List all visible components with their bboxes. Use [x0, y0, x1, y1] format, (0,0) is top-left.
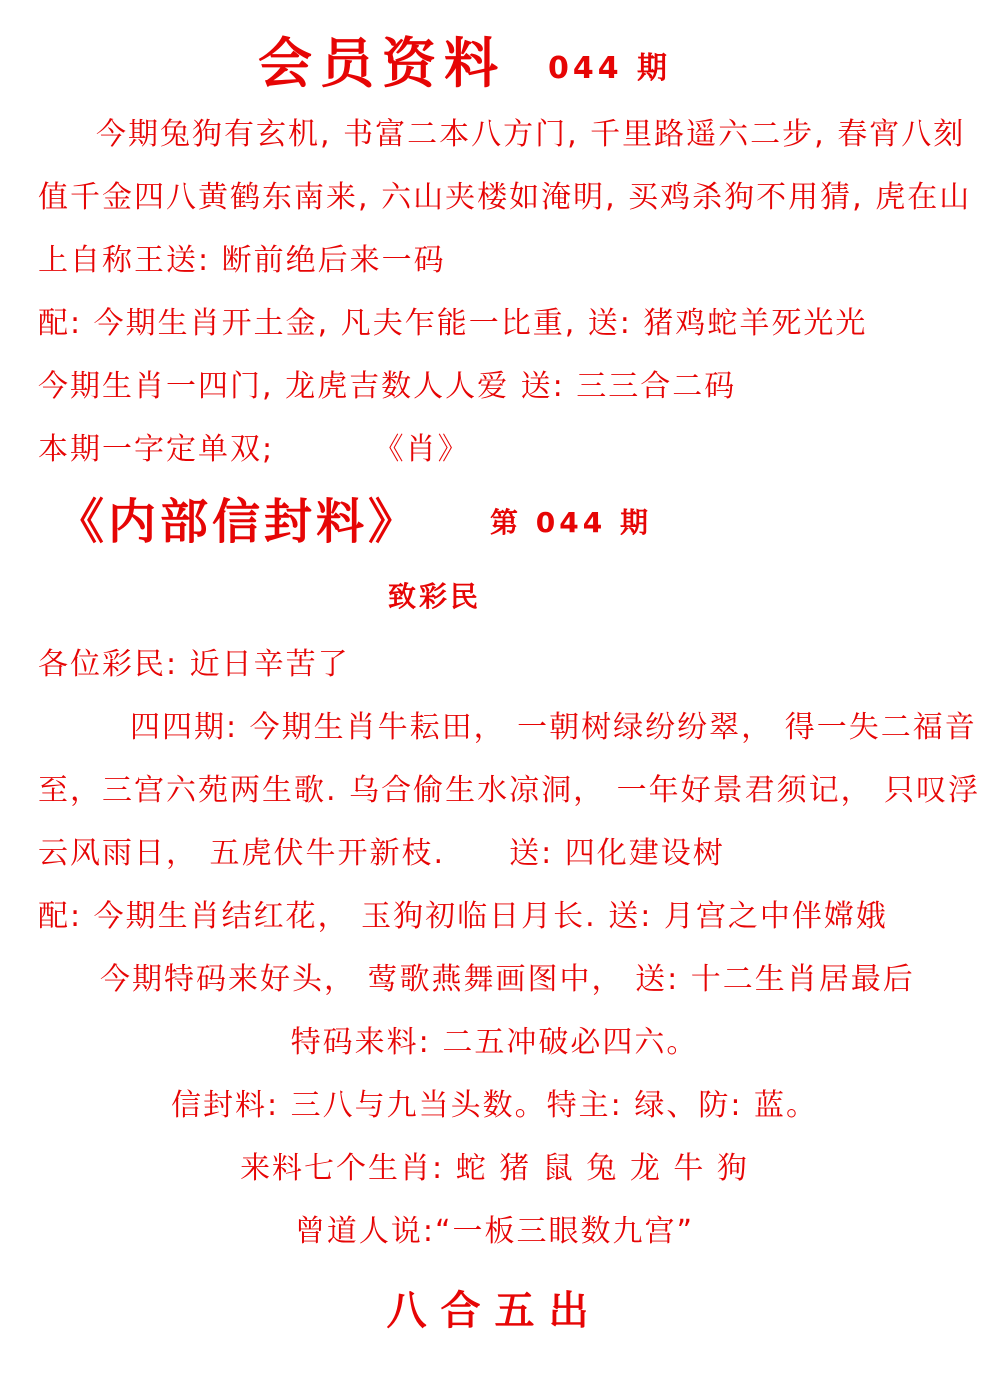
envelope-title: 《内部信封料》	[56, 497, 420, 547]
envelope-verse-line-3: 云风雨日， 五虎伏牛开新枝. 送: 四化建设树	[38, 838, 951, 870]
envelope-salutation: 致彩民	[38, 575, 831, 615]
member-poem-line-2: 值千金四八黄鹤东南来, 六山夹楼如淹明, 买鸡杀狗不用猜, 虎在山	[38, 182, 951, 214]
oddeven-label: 本期一字定单双;	[38, 432, 274, 467]
member-oddeven-line: 本期一字定单双; 《肖》	[38, 434, 951, 466]
envelope-verse-line-2: 至，三宫六苑两生歌. 乌合偷生水凉洞， 一年好景君须记， 只叹浮	[38, 775, 951, 807]
member-pairing-line: 配: 今期生肖开土金, 凡夫乍能一比重, 送: 猪鸡蛇羊死光光	[38, 308, 951, 340]
envelope-special-intro-line: 今期特码来好头， 莺歌燕舞画图中， 送: 十二生肖居最后	[38, 964, 951, 996]
envelope-verse-line-1: 四四期: 今期生肖牛耘田， 一朝树绿纷纷翠， 得一失二福音	[38, 712, 951, 744]
member-poem-line-3: 上自称王送: 断前绝后来一码	[38, 245, 951, 277]
envelope-section-header: 《内部信封料》 第 044 期	[56, 497, 951, 547]
lottery-tip-sheet: 会员资料 044 期 今期兔狗有玄机, 书富二本八方门, 千里路遥六二步, 春宵…	[0, 0, 989, 1396]
envelope-issue-number: 第 044 期	[490, 501, 652, 547]
envelope-pairing-line: 配: 今期生肖结红花， 玉狗初临日月长. 送: 月宫之中伴嫦娥	[38, 901, 951, 933]
special-number-line: 特码来料: 二五冲破必四六。	[38, 1027, 951, 1059]
seven-zodiac-line: 来料七个生肖: 蛇 猪 鼠 兔 龙 牛 狗	[38, 1153, 951, 1185]
footer-slogan: 八合五出	[38, 1279, 951, 1336]
member-issue-number: 044 期	[548, 43, 671, 93]
member-poem-line-1: 今期兔狗有玄机, 书富二本八方门, 千里路遥六二步, 春宵八刻	[38, 119, 951, 151]
member-zodiac-line: 今期生肖一四门, 龙虎吉数人人爱 送: 三三合二码	[38, 371, 951, 403]
envelope-greeting: 各位彩民: 近日辛苦了	[38, 649, 951, 681]
master-quote-line: 曾道人说:“一板三眼数九宫”	[38, 1216, 951, 1248]
member-section-header: 会员资料 044 期	[38, 36, 891, 93]
envelope-material-line: 信封料: 三八与九当头数。特主: 绿、防: 蓝。	[38, 1090, 951, 1122]
zodiac-bracket: 《肖》	[374, 432, 470, 467]
member-title: 会员资料	[258, 36, 506, 93]
